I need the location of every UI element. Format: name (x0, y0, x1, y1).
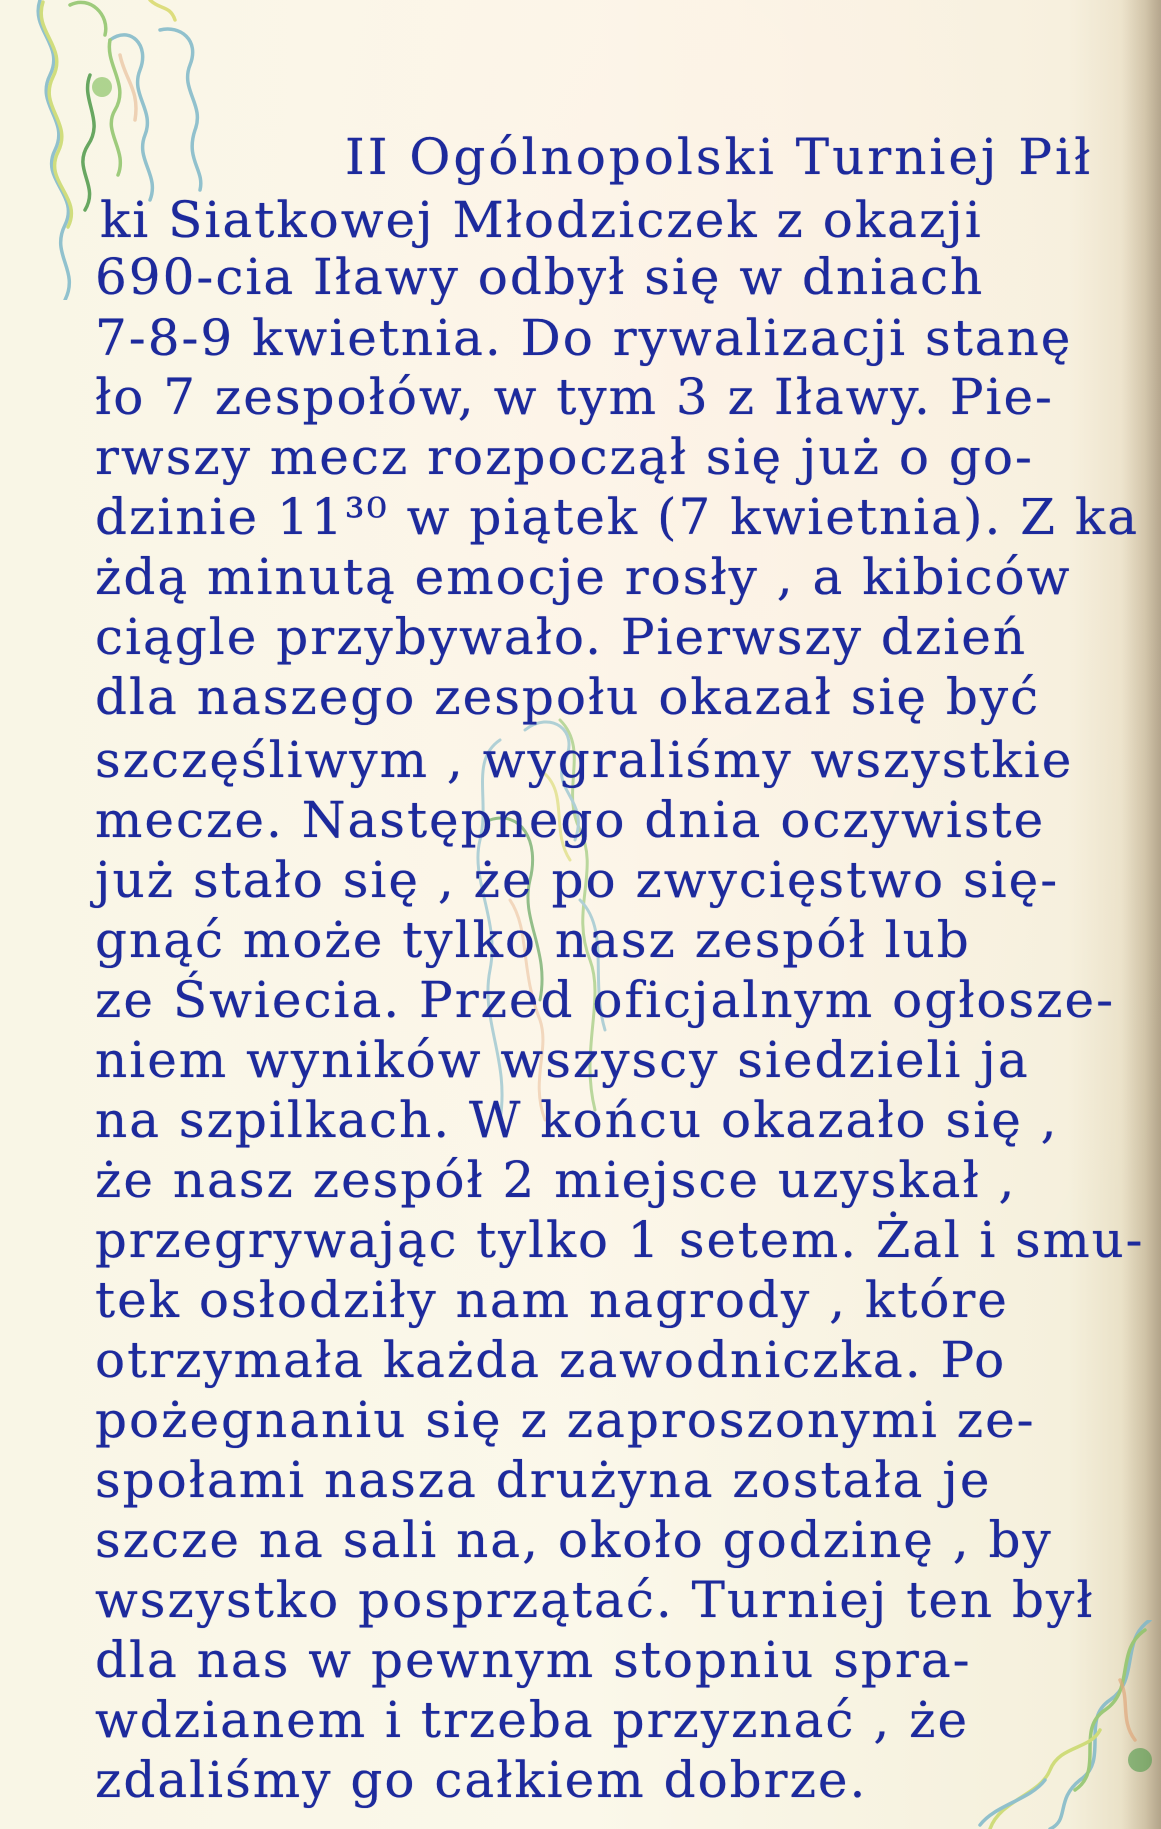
text-line-28: zdaliśmy go całkiem dobrze. (95, 1755, 867, 1805)
text-line-2: ki Siatkowej Młodziczek z okazji (100, 195, 983, 245)
text-line-23: społami nasza drużyna została je (95, 1455, 991, 1505)
text-line-9: ciągle przybywało. Pierwszy dzień (95, 612, 1027, 662)
text-line-16: niem wyników wszyscy siedzieli ja (95, 1035, 1030, 1085)
text-line-18: że nasz zespół 2 miejsce uzyskał , (95, 1155, 1016, 1205)
text-line-8: żdą minutą emocje rosły , a kibiców (95, 552, 1071, 602)
handwritten-text: II Ogólnopolski Turniej Pił ki Siatkowej… (0, 0, 1161, 1829)
text-line-1: II Ogólnopolski Turniej Pił (345, 132, 1093, 182)
text-line-21: otrzymała każda zawodniczka. Po (95, 1335, 1006, 1385)
text-line-7: dzinie 11³⁰ w piątek (7 kwietnia). Z ka (95, 492, 1139, 542)
text-line-10: dla naszego zespołu okazał się być (95, 672, 1040, 722)
text-line-19: przegrywając tylko 1 setem. Żal i smu- (95, 1215, 1144, 1265)
text-line-14: gnąć może tylko nasz zespół lub (95, 915, 971, 965)
text-line-3: 690-cia Iławy odbył się w dniach (95, 252, 984, 302)
text-line-17: na szpilkach. W końcu okazało się , (95, 1095, 1059, 1145)
text-line-15: ze Świecia. Przed oficjalnym ogłosze- (95, 975, 1115, 1025)
text-line-13: już stało się , że po zwycięstwo się- (95, 855, 1059, 905)
scanned-page: II Ogólnopolski Turniej Pił ki Siatkowej… (0, 0, 1161, 1829)
text-line-4: 7-8-9 kwietnia. Do rywalizacji stanę (95, 313, 1072, 363)
text-line-11: szczęśliwym , wygraliśmy wszystkie (95, 735, 1073, 785)
text-line-25: wszystko posprzątać. Turniej ten był (95, 1575, 1095, 1625)
text-line-20: tek osłodziły nam nagrody , które (95, 1275, 1009, 1325)
text-line-27: wdzianem i trzeba przyznać , że (95, 1695, 969, 1745)
text-line-24: szcze na sali na, około godzinę , by (95, 1515, 1053, 1565)
text-line-12: mecze. Następnego dnia oczywiste (95, 795, 1045, 845)
text-line-5: ło 7 zespołów, w tym 3 z Iławy. Pie- (95, 372, 1054, 422)
text-line-26: dla nas w pewnym stopniu spra- (95, 1635, 972, 1685)
text-line-6: rwszy mecz rozpoczął się już o go- (95, 432, 1034, 482)
text-line-22: pożegnaniu się z zaproszonymi ze- (95, 1395, 1036, 1445)
